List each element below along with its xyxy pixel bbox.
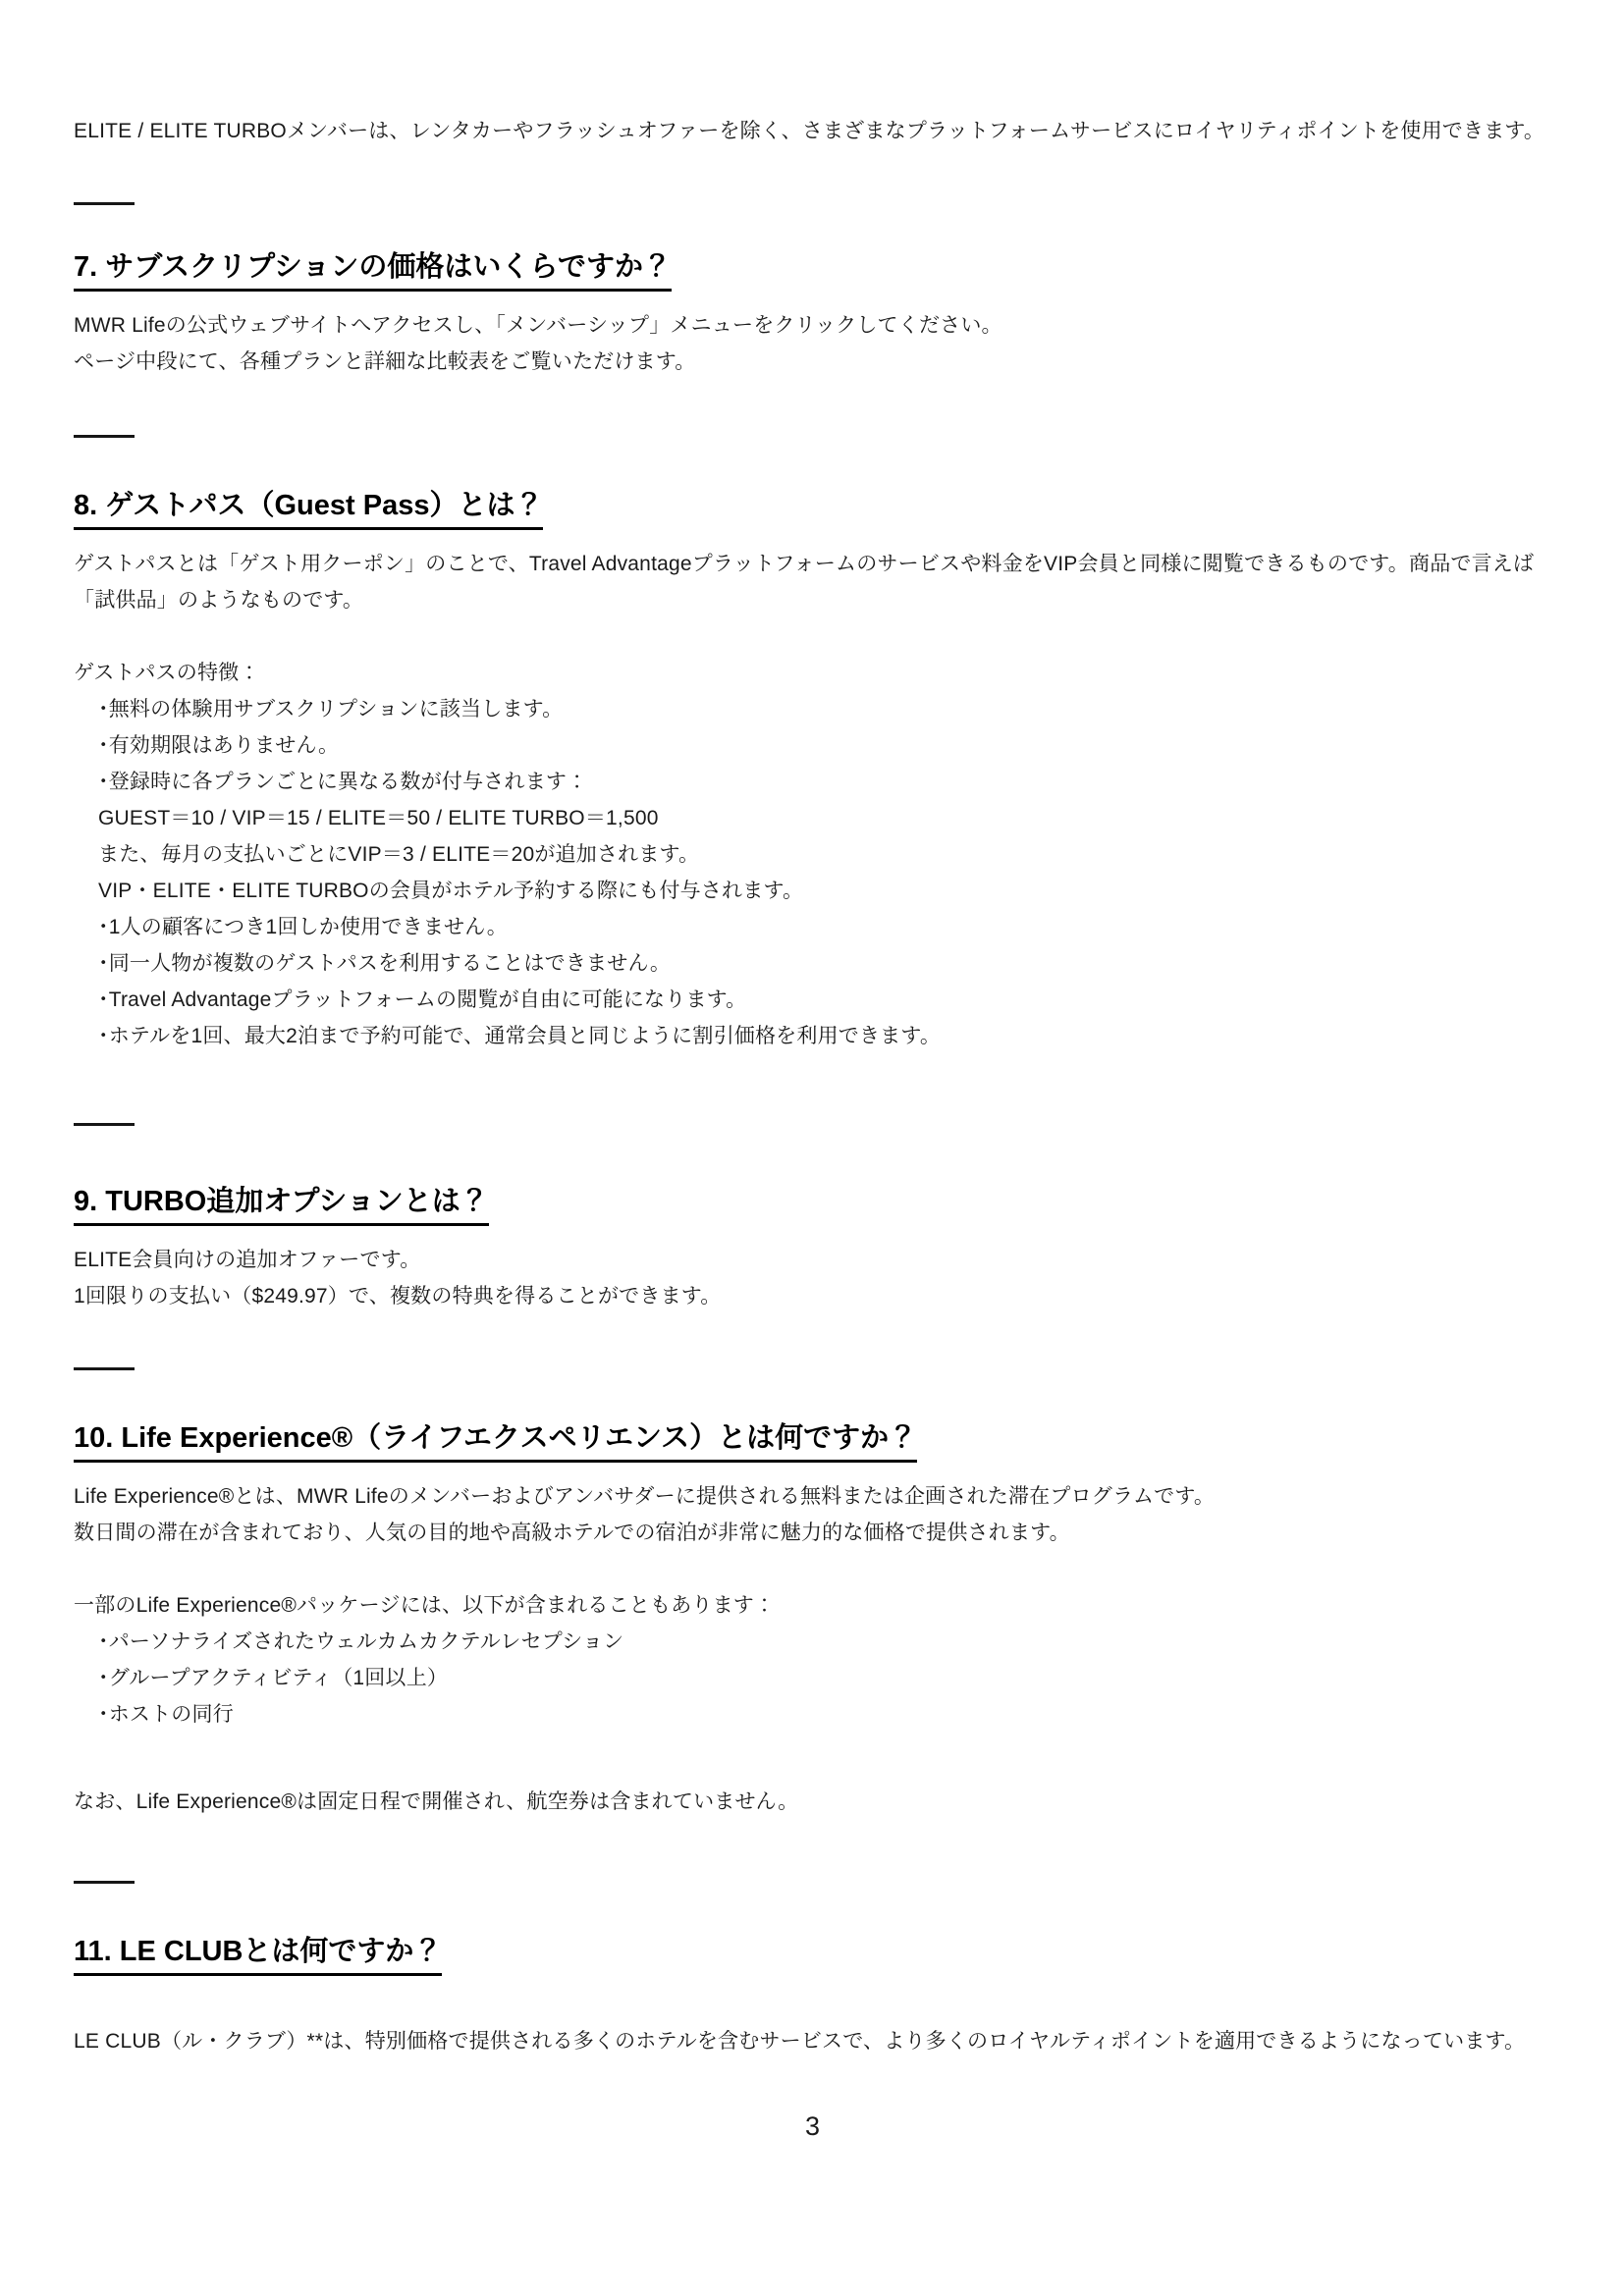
section-divider [74, 1881, 135, 1884]
le-club-description: LE CLUB（ル・クラブ）**は、特別価格で提供される多くのホテルを含むサービ… [74, 2023, 1551, 2059]
list-item: VIP・ELITE・ELITE TURBOの会員がホテル予約する際にも付与されま… [98, 873, 1551, 909]
page-number: 3 [74, 2109, 1551, 2145]
section-10-body: Life Experience®とは、MWR Lifeのメンバーおよびアンバサダ… [74, 1478, 1551, 1820]
life-experience-item-list: ･パーソナライズされたウェルカムカクテルレセプション･グループアクティビティ（1… [98, 1624, 1551, 1733]
intro-paragraph: ELITE / ELITE TURBOメンバーは、レンタカーやフラッシュオファー… [74, 113, 1551, 149]
list-item: ･有効期限はありません。 [98, 727, 1551, 764]
list-item: ･グループアクティビティ（1回以上） [98, 1660, 1551, 1696]
section-9-turbo-option: 9. TURBO追加オプションとは？ ELITE会員向けの追加オファーです。 1… [74, 1185, 1551, 1314]
section-7-heading-text: 7. サブスクリプションの価格はいくらですか？ [74, 250, 672, 292]
section-7-body: MWR Lifeの公式ウェブサイトへアクセスし、「メンバーシップ」メニューをクリ… [74, 307, 1551, 380]
section-10-heading: 10. Life Experience®（ライフエクスペリエンス）とは何ですか？ [74, 1421, 1551, 1463]
section-8-heading: 8. ゲストパス（Guest Pass）とは？ [74, 489, 1551, 530]
guest-pass-feature-list: ･無料の体験用サブスクリプションに該当します。･有効期限はありません。･登録時に… [98, 691, 1551, 1054]
life-experience-package-intro: 一部のLife Experience®パッケージには、以下が含まれることもありま… [74, 1587, 1551, 1624]
paragraph-line: Life Experience®とは、MWR Lifeのメンバーおよびアンバサダ… [74, 1478, 1551, 1515]
section-7-subscription-price: 7. サブスクリプションの価格はいくらですか？ MWR Lifeの公式ウェブサイ… [74, 250, 1551, 380]
list-item: GUEST＝10 / VIP＝15 / ELITE＝50 / ELITE TUR… [98, 800, 1551, 836]
list-item: ･Travel Advantageプラットフォームの閲覧が自由に可能になります。 [98, 982, 1551, 1018]
list-item: ･1人の顧客につき1回しか使用できません。 [98, 909, 1551, 945]
section-divider [74, 202, 135, 205]
section-9-body: ELITE会員向けの追加オファーです。 1回限りの支払い（$249.97）で、複… [74, 1242, 1551, 1314]
list-item: ･ホストの同行 [98, 1696, 1551, 1733]
section-8-guest-pass: 8. ゲストパス（Guest Pass）とは？ ゲストパスとは「ゲスト用クーポン… [74, 489, 1551, 1054]
guest-pass-description: ゲストパスとは「ゲスト用クーポン」のことで、Travel Advantageプラ… [74, 546, 1551, 618]
paragraph-line: ページ中段にて、各種プランと詳細な比較表をご覧いただけます。 [74, 344, 1551, 380]
paragraph-line: MWR Lifeの公式ウェブサイトへアクセスし、「メンバーシップ」メニューをクリ… [74, 307, 1551, 344]
section-10-life-experience: 10. Life Experience®（ライフエクスペリエンス）とは何ですか？… [74, 1421, 1551, 1820]
paragraph-line: 1回限りの支払い（$249.97）で、複数の特典を得ることができます。 [74, 1278, 1551, 1314]
guest-pass-features-label: ゲストパスの特徴： [74, 655, 1551, 691]
section-9-heading: 9. TURBO追加オプションとは？ [74, 1185, 1551, 1226]
list-item: ･パーソナライズされたウェルカムカクテルレセプション [98, 1624, 1551, 1660]
section-8-heading-text: 8. ゲストパス（Guest Pass）とは？ [74, 489, 543, 530]
list-item: ･登録時に各プランごとに異なる数が付与されます： [98, 764, 1551, 800]
section-10-heading-text: 10. Life Experience®（ライフエクスペリエンス）とは何ですか？ [74, 1421, 917, 1463]
section-11-le-club: 11. LE CLUBとは何ですか？ LE CLUB（ル・クラブ）**は、特別価… [74, 1935, 1551, 2059]
section-7-heading: 7. サブスクリプションの価格はいくらですか？ [74, 250, 1551, 292]
list-item: ･ホテルを1回、最大2泊まで予約可能で、通常会員と同じように割引価格を利用できま… [98, 1018, 1551, 1054]
paragraph-line: ELITE会員向けの追加オファーです。 [74, 1242, 1551, 1278]
section-11-heading: 11. LE CLUBとは何ですか？ [74, 1935, 1551, 1976]
paragraph-line: 数日間の滞在が含まれており、人気の目的地や高級ホテルでの宿泊が非常に魅力的な価格… [74, 1515, 1551, 1551]
life-experience-note: なお、Life Experience®は固定日程で開催され、航空券は含まれていま… [74, 1784, 1551, 1820]
section-11-body: LE CLUB（ル・クラブ）**は、特別価格で提供される多くのホテルを含むサービ… [74, 2023, 1551, 2059]
section-9-heading-text: 9. TURBO追加オプションとは？ [74, 1185, 489, 1226]
section-11-heading-text: 11. LE CLUBとは何ですか？ [74, 1935, 442, 1976]
section-divider [74, 435, 135, 438]
section-8-body: ゲストパスとは「ゲスト用クーポン」のことで、Travel Advantageプラ… [74, 546, 1551, 1054]
section-divider [74, 1123, 135, 1126]
document-page: ELITE / ELITE TURBOメンバーは、レンタカーやフラッシュオファー… [0, 0, 1624, 2296]
section-divider [74, 1367, 135, 1370]
list-item: ･無料の体験用サブスクリプションに該当します。 [98, 691, 1551, 727]
list-item: ･同一人物が複数のゲストパスを利用することはできません。 [98, 945, 1551, 982]
list-item: また、毎月の支払いごとにVIP＝3 / ELITE＝20が追加されます。 [98, 836, 1551, 873]
